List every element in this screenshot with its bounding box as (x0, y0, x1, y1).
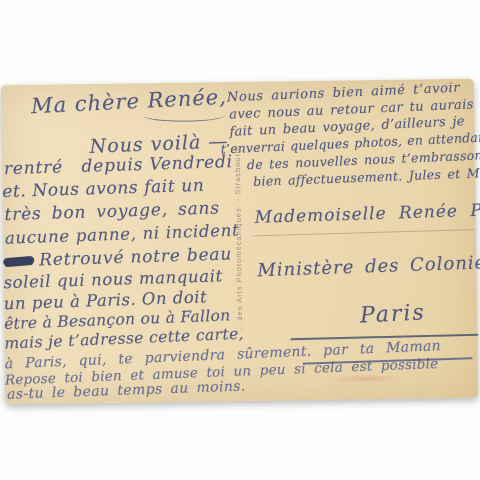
address-underline (290, 334, 478, 341)
pen-flourish (143, 108, 225, 123)
handwriting-line: aucune panne, ni incident (5, 223, 240, 248)
scan-background: Ma chère Renée, Nous aurions bien aimé t… (0, 0, 480, 480)
address-ruled-line (253, 229, 474, 236)
postcard: Ma chère Renée, Nous aurions bien aimé t… (1, 79, 478, 405)
address-city: Paris (360, 302, 427, 327)
address-recipient: Mademoiselle Renée Py (254, 202, 480, 226)
handwriting-line: et. Nous avons fait un (2, 178, 205, 201)
ink-scribble (3, 256, 35, 267)
handwriting-line: rentré depuis Vendredi (4, 154, 233, 178)
handwriting-line: très bon voyage, sans (4, 200, 220, 224)
address-organization: Ministère des Colonies (257, 254, 480, 280)
paper-stain (329, 374, 401, 384)
